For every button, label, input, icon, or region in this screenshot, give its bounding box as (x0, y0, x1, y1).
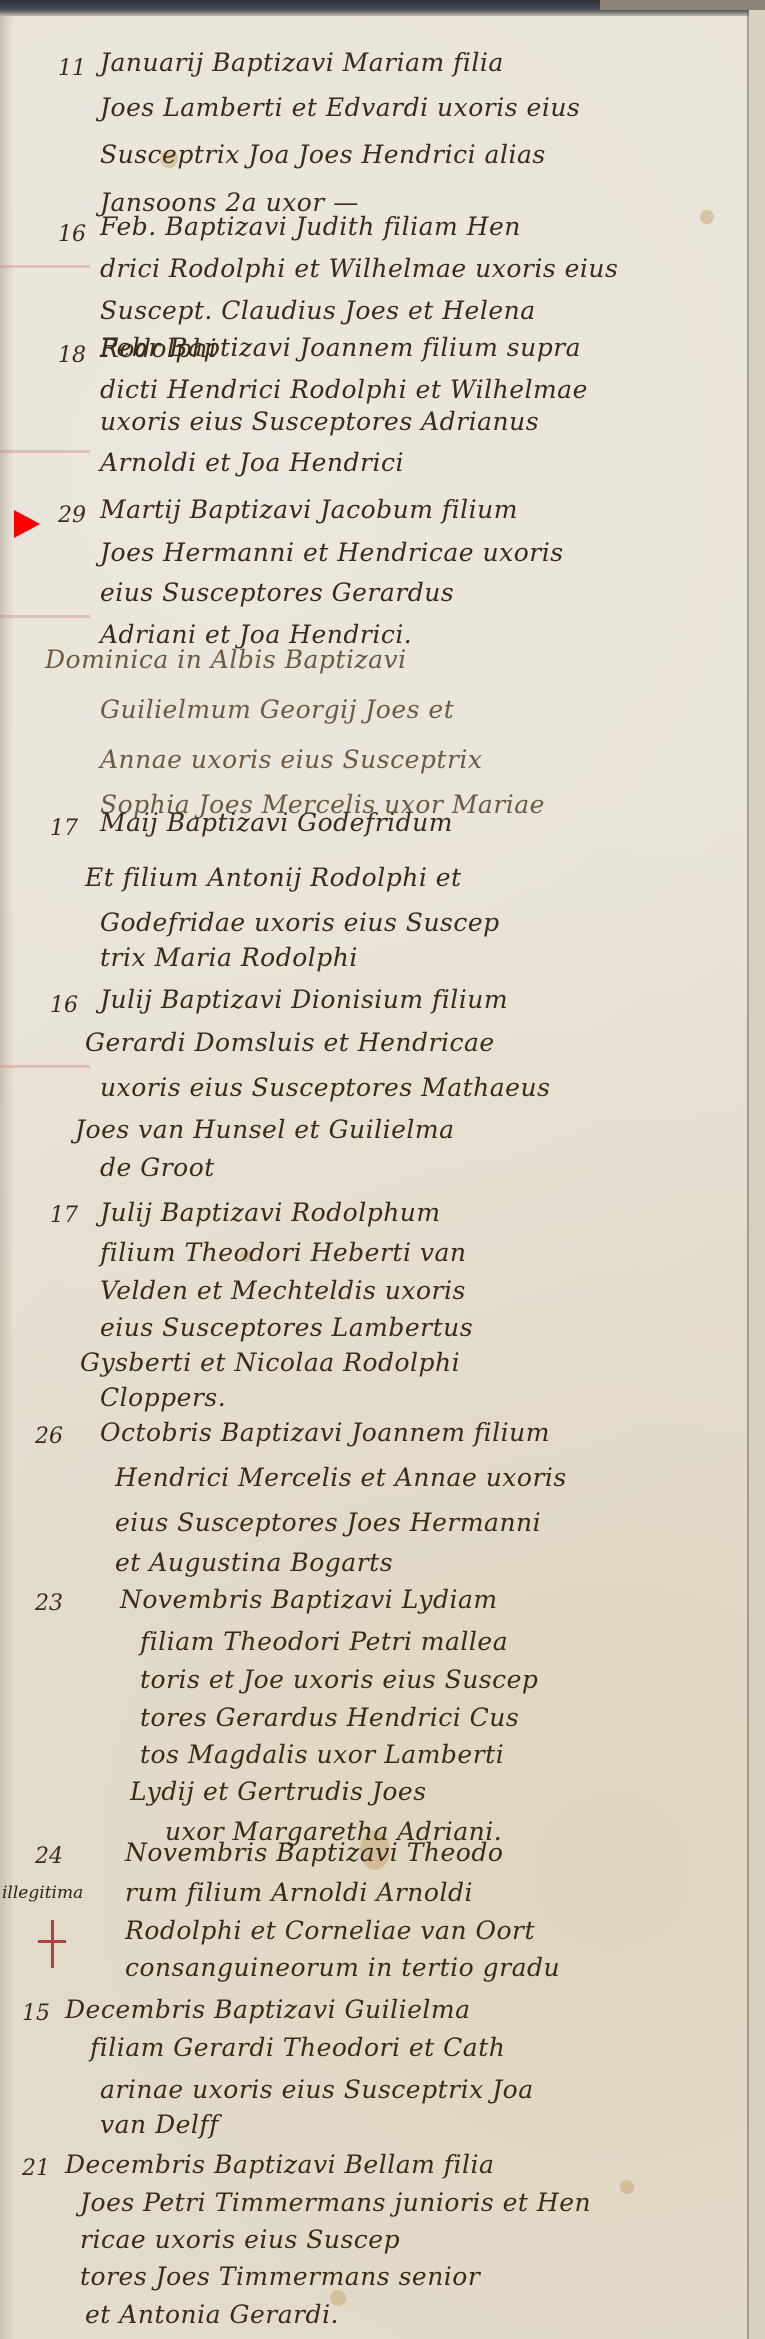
entry-date: 29 (58, 503, 86, 528)
entry-line: rum filium Arnoldi Arnoldi (125, 1878, 473, 1907)
entry-line: Cloppers. (100, 1383, 226, 1412)
entry-line: uxoris eius Susceptores Mathaeus (100, 1073, 550, 1102)
entry-date: 23 (35, 1591, 63, 1616)
entry-date: 15 (22, 2001, 50, 2026)
entry-line: Julij Baptizavi Rodolphum (100, 1198, 441, 1227)
entry-line: trix Maria Rodolphi (100, 943, 358, 972)
entry-date: 21 (22, 2156, 50, 2181)
entry-line: Octobris Baptizavi Joannem filium (100, 1418, 550, 1447)
entry-line: Susceptrix Joa Joes Hendrici alias (100, 140, 546, 169)
entry-line: Feb. Baptizavi Judith filiam Hen (100, 212, 521, 241)
entry-line: tos Magdalis uxor Lamberti (140, 1740, 504, 1769)
entry-line: Joes van Hunsel et Guilielma (75, 1115, 455, 1144)
entry-line: Joes Hermanni et Hendricae uxoris (100, 538, 564, 567)
manuscript-page: illegitima 11 Januarij Baptizavi Mariam … (0, 0, 765, 2339)
entry-line: Julij Baptizavi Dionisium filium (100, 985, 508, 1014)
entry-line: Lydij et Gertrudis Joes (130, 1777, 427, 1806)
entry-date: 16 (50, 993, 78, 1018)
entry-line: Dominica in Albis Baptizavi (45, 645, 407, 674)
entry-line: et Antonia Gerardi. (85, 2300, 339, 2329)
entry-line: Rodolphi et Corneliae van Oort (125, 1916, 535, 1945)
entry-line: Joes Petri Timmermans junioris et Hen (80, 2188, 591, 2217)
entry-date: 16 (58, 222, 86, 247)
entry-line: toris et Joe uxoris eius Suscep (140, 1665, 538, 1694)
entry-line: Annae uxoris eius Susceptrix (100, 745, 483, 774)
entry-date: 17 (50, 816, 78, 841)
entry-line: Arnoldi et Joa Hendrici (100, 448, 404, 477)
entry-line: tores Gerardus Hendrici Cus (140, 1703, 519, 1732)
entry-line: filiam Gerardi Theodori et Cath (90, 2033, 505, 2062)
entry-line: Guilielmum Georgij Joes et (100, 695, 454, 724)
entry-line: filium Theodori Heberti van (100, 1238, 467, 1267)
entry-line: Velden et Mechteldis uxoris (100, 1276, 466, 1305)
entry-line: van Delff (100, 2110, 219, 2139)
entry-line: Suscept. Claudius Joes et Helena (100, 296, 536, 325)
entry-date: 24 (35, 1844, 63, 1869)
entry-line: dicti Hendrici Rodolphi et Wilhelmae (100, 375, 588, 404)
entry-line: Martij Baptizavi Jacobum filium (100, 495, 518, 524)
entry-line: Hendrici Mercelis et Annae uxoris (115, 1463, 567, 1492)
entry-line: eius Susceptores Joes Hermanni (115, 1508, 541, 1537)
entry-line: eius Susceptores Gerardus (100, 578, 454, 607)
entry-date: 11 (58, 56, 86, 81)
entry-line: Decembris Baptizavi Guilielma (65, 1995, 471, 2024)
entry-line: Decembris Baptizavi Bellam filia (65, 2150, 494, 2179)
entry-line: Joes Lamberti et Edvardi uxoris eius (100, 93, 580, 122)
entry-line: Febr Baptizavi Joannem filium supra (100, 333, 581, 362)
entry-line: Godefridae uxoris eius Suscep (100, 908, 500, 937)
register-entries: 11 Januarij Baptizavi Mariam filia Joes … (0, 0, 745, 2339)
entry-line: Novembris Baptizavi Theodo (125, 1838, 503, 1867)
page-gutter (749, 10, 765, 2339)
entry-line: arinae uxoris eius Susceptrix Joa (100, 2075, 534, 2104)
entry-line: Januarij Baptizavi Mariam filia (100, 48, 504, 77)
entry-line: Gerardi Domsluis et Hendricae (85, 1028, 495, 1057)
entry-line: tores Joes Timmermans senior (80, 2262, 480, 2291)
entry-line: Novembris Baptizavi Lydiam (120, 1585, 498, 1614)
entry-date: 26 (35, 1424, 63, 1449)
entry-line: Maij Baptizavi Godefridum (100, 808, 453, 837)
entry-line: ricae uxoris eius Suscep (80, 2225, 400, 2254)
entry-line: drici Rodolphi et Wilhelmae uxoris eius (100, 254, 618, 283)
entry-date: 17 (50, 1203, 78, 1228)
entry-line: de Groot (100, 1153, 215, 1182)
entry-line: et Augustina Bogarts (115, 1548, 393, 1577)
entry-date: 18 (58, 343, 86, 368)
entry-line: Et filium Antonij Rodolphi et (85, 863, 462, 892)
entry-line: filiam Theodori Petri mallea (140, 1627, 508, 1656)
entry-line: consanguineorum in tertio gradu (125, 1953, 560, 1982)
entry-line: uxoris eius Susceptores Adrianus (100, 407, 539, 436)
entry-line: Gysberti et Nicolaa Rodolphi (80, 1348, 460, 1377)
entry-line: eius Susceptores Lambertus (100, 1313, 473, 1342)
